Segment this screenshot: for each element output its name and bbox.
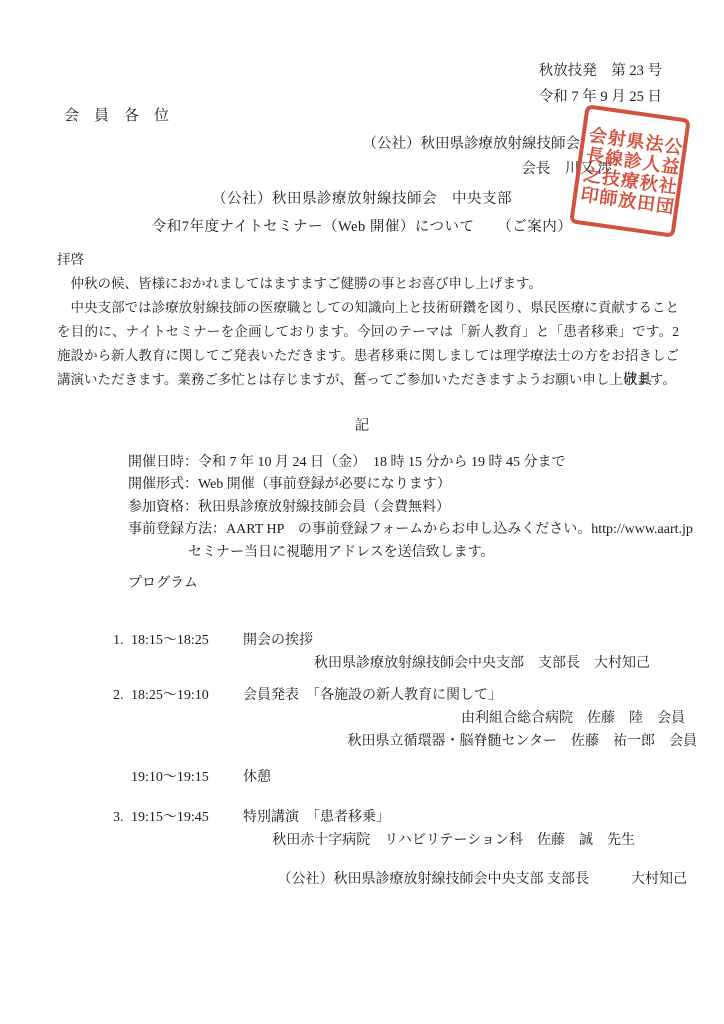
program-item-title: 開会の挨拶 [243, 633, 313, 648]
program-item-time: 19:10～19:15 [131, 766, 243, 786]
footer-signature: （公社）秋田県診療放射線技師会中央支部 支部長 大村知己 [278, 868, 688, 888]
program-item-2: 2.18:25～19:10会員発表 「各施設の新人教育に関して」 [113, 684, 502, 704]
program-item-title: 会員発表 「各施設の新人教育に関して」 [243, 688, 502, 703]
detail-registration-cont: セミナー当日に視聴用アドレスを送信致します。 [128, 542, 708, 564]
salutation: 拝啓 [57, 248, 679, 272]
record-mark: 記 [0, 414, 724, 435]
program-item-3: 3.19:15～19:45特別講演 「患者移乗」 [113, 806, 390, 826]
program-item-3-speaker: 秋田赤十字病院 リハビリテーション科 佐藤 誠 先生 [272, 829, 635, 849]
program-item-break: 19:10～19:15休憩 [113, 766, 271, 786]
program-item-2-speaker-2: 秋田県立循環器・脳脊髄センター 佐藤 祐一郎 会員 [348, 730, 697, 750]
program-item-time: 18:15～18:25 [131, 629, 243, 649]
body-paragraph-2: 中央支部では診療放射線技師の医療職としての知識向上と技術研鑽を図り、県民医療に貢… [57, 296, 679, 392]
closing-word: 敬具 [623, 368, 652, 389]
doc-number-block: 秋放技発 第 23 号 令和 7 年 9 月 25 日 [539, 58, 662, 110]
detail-eligibility: 参加資格：秋田県診療放射線技師会員（会費無料） [128, 497, 708, 519]
program-heading: プログラム [128, 572, 198, 592]
body-paragraph-1: 仲秋の候、皆様におかれましてはますますご健勝の事とお喜び申し上げます。 [57, 272, 679, 296]
doc-number: 秋放技発 第 23 号 [539, 58, 662, 84]
program-item-1-speaker: 秋田県診療放射線技師会中央支部 支部長 大村知己 [314, 652, 650, 672]
detail-datetime: 開催日時：令和 7 年 10 月 24 日（金） 18 時 15 分から 19 … [128, 452, 708, 474]
official-red-seal-icon: 公益社団 法人秋田 県診療放 射線技師 会長之印 [569, 104, 691, 238]
program-item-number: 1. [113, 633, 131, 649]
program-item-time: 19:15～19:45 [131, 806, 243, 826]
detail-format: 開催形式：Web 開催（事前登録が必要になります） [128, 474, 708, 496]
program-item-title: 特別講演 「患者移乗」 [243, 810, 390, 825]
program-item-1: 1.18:15～18:25開会の挨拶 [113, 629, 313, 649]
detail-registration: 事前登録方法：AART HP の事前登録フォームからお申し込みください。http… [128, 519, 708, 541]
letter-body: 拝啓 仲秋の候、皆様におかれましてはますますご健勝の事とお喜び申し上げます。 中… [57, 248, 679, 392]
program-item-title: 休憩 [243, 770, 271, 785]
recipient: 会 員 各 位 [64, 104, 169, 125]
program-item-time: 18:25～19:10 [131, 684, 243, 704]
document-page: 秋放技発 第 23 号 令和 7 年 9 月 25 日 会 員 各 位 （公社）… [0, 0, 724, 1024]
program-item-number: 2. [113, 688, 131, 704]
program-item-2-speaker-1: 由利組合総合病院 佐藤 陸 会員 [461, 707, 685, 727]
sender-organization: （公社）秋田県診療放射線技師会 [363, 132, 581, 153]
program-item-number: 3. [113, 810, 131, 826]
event-details: 開催日時：令和 7 年 10 月 24 日（金） 18 時 15 分から 19 … [128, 452, 708, 564]
